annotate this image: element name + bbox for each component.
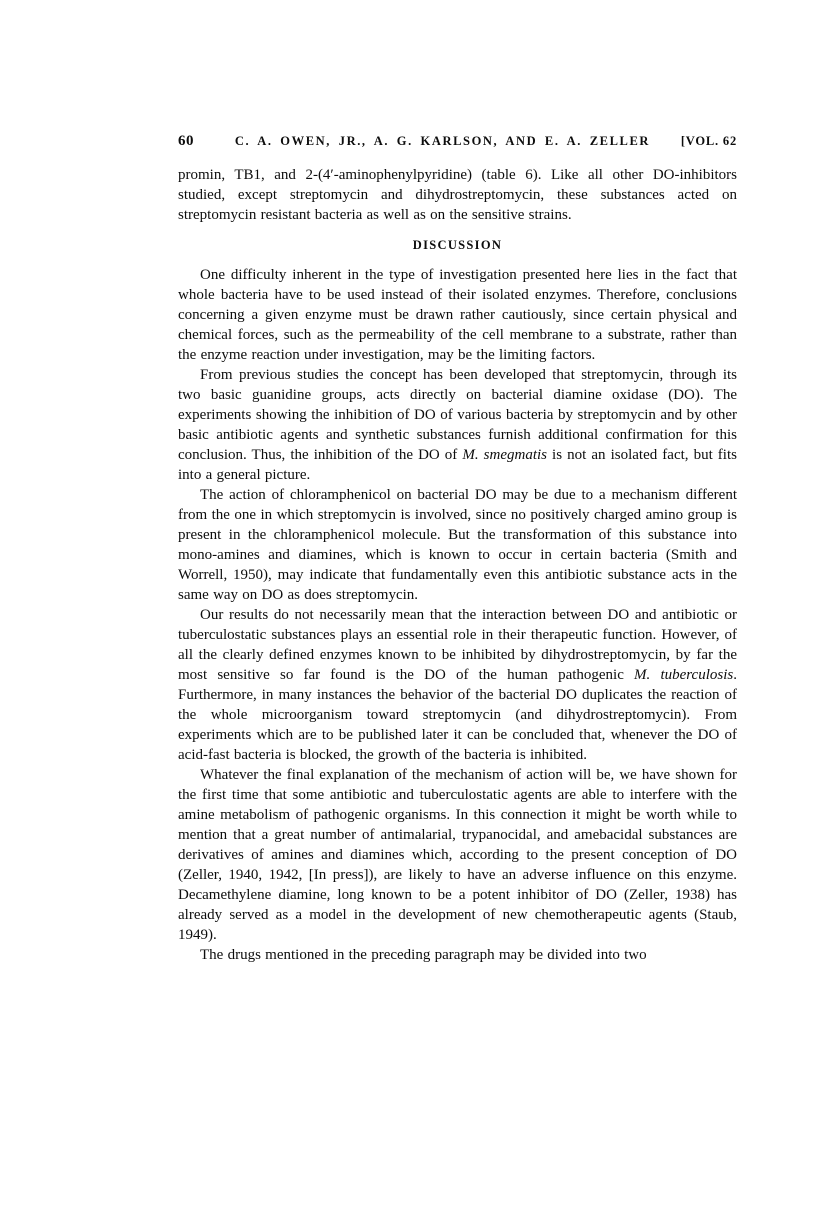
article-body: promin, TB1, and 2-(4′-aminophenylpyridi… [178, 165, 737, 965]
paragraph: From previous studies the concept has be… [178, 365, 737, 485]
paragraph: The drugs mentioned in the preceding par… [178, 945, 737, 965]
page-number: 60 [178, 133, 194, 150]
page-content: 60 C. A. OWEN, JR., A. G. KARLSON, AND E… [178, 133, 737, 965]
section-heading-discussion: DISCUSSION [178, 237, 737, 253]
journal-page: 60 C. A. OWEN, JR., A. G. KARLSON, AND E… [0, 0, 816, 1215]
volume-label: [VOL. 62 [681, 134, 737, 149]
paragraph: One difficulty inherent in the type of i… [178, 265, 737, 365]
paragraph: Our results do not necessarily mean that… [178, 605, 737, 765]
paragraph: Whatever the final explanation of the me… [178, 765, 737, 945]
paragraph: The action of chloramphenicol on bacteri… [178, 485, 737, 605]
running-header: 60 C. A. OWEN, JR., A. G. KARLSON, AND E… [178, 133, 737, 150]
paragraph: promin, TB1, and 2-(4′-aminophenylpyridi… [178, 165, 737, 225]
running-title: C. A. OWEN, JR., A. G. KARLSON, AND E. A… [194, 134, 681, 149]
